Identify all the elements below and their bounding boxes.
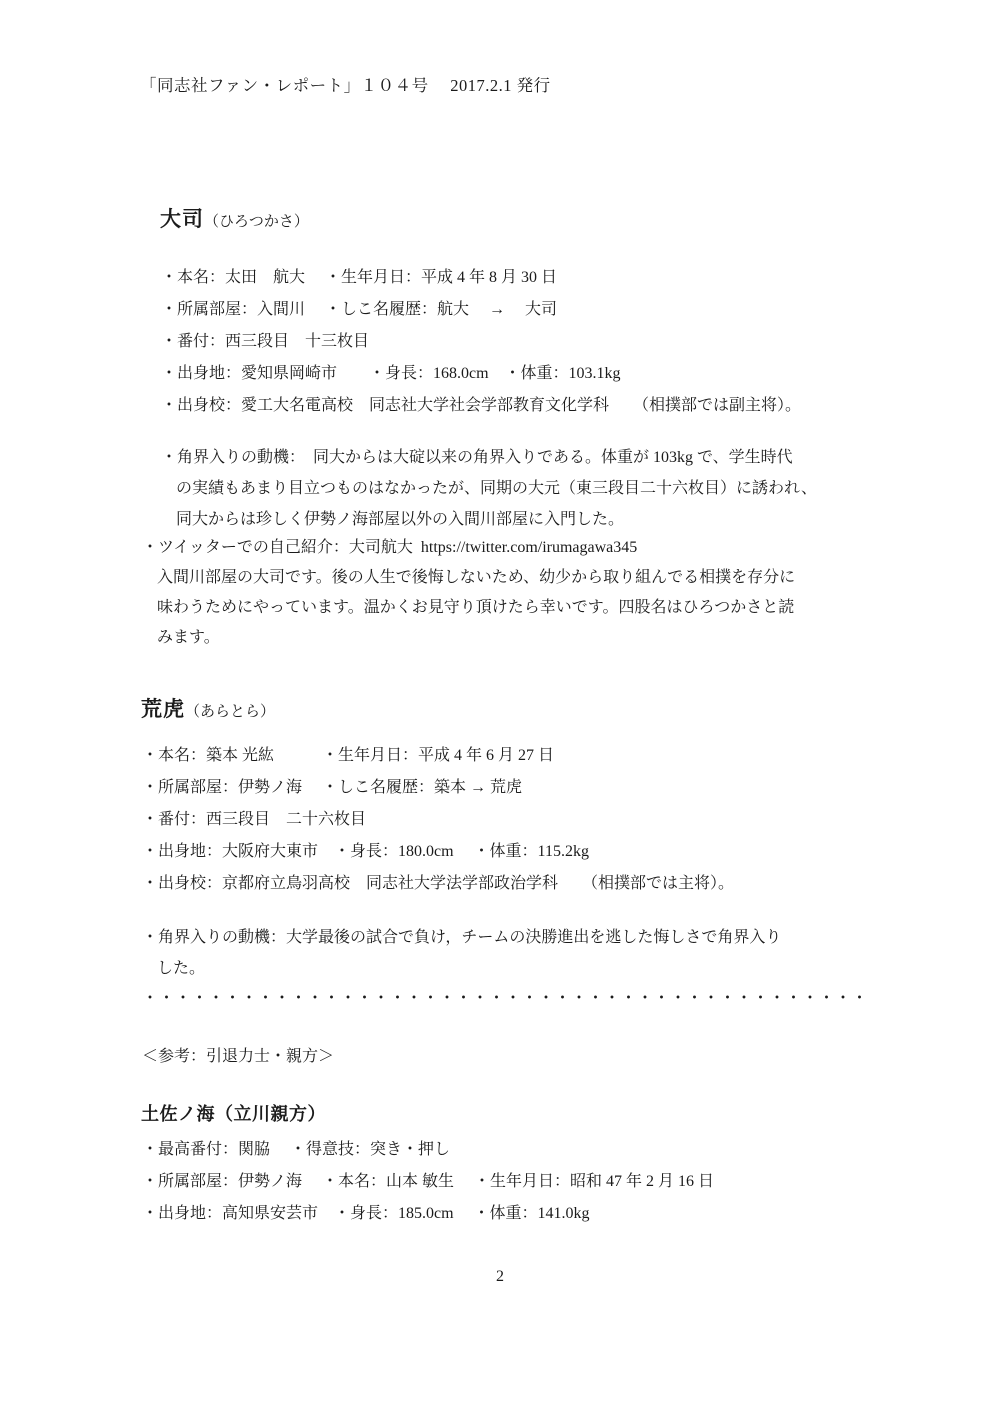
twitter-line: 入間川部屋の大司です。後の人生で後悔しないため、幼少から取り組んでる相撲を存分に: [142, 563, 795, 593]
twitter-intro-paragraph: ・ツイッターでの自己紹介：大司航大 https://twitter.com/ir…: [142, 533, 795, 653]
twitter-line: みます。: [142, 623, 795, 653]
profile-line: ・出身校：愛工大名電高校 同志社大学社会学部教育文化学科 （相撲部では副主将）。: [161, 390, 801, 422]
twitter-line: 味わうためにやっています。温かくお見守り頂けたら幸いです。四股名はひろつかさと読: [142, 593, 795, 623]
motive-paragraph-hirotsukasa: ・角界入りの動機： 同大からは大碇以来の角界入りである。体重が 103kg で、…: [161, 442, 817, 535]
motive-line: した。: [142, 953, 781, 984]
profile-line: ・最高番付：関脇 ・得意技：突き・押し: [142, 1134, 714, 1166]
wrestler-heading-tosanoumi: 土佐ノ海（立川親方）: [141, 1100, 326, 1126]
motive-line: ・角界入りの動機：大学最後の試合で負け，チームの決勝進出を逃した悔しさで角界入り: [142, 922, 781, 953]
motive-line: 同大からは珍しく伊勢ノ海部屋以外の入間川部屋に入門した。: [161, 504, 817, 535]
reference-section-heading: ＜参考：引退力士・親方＞: [142, 1043, 334, 1066]
wrestler-reading: （ひろつかさ）: [204, 214, 309, 230]
profile-line: ・出身地：愛知県岡崎市 ・身長：168.0cm ・体重：103.1kg: [161, 358, 801, 390]
profile-line: ・本名：太田 航大 ・生年月日：平成 4 年 8 月 30 日: [161, 262, 801, 294]
wrestler-reading: （あらとら）: [185, 704, 275, 720]
profile-line: ・出身地：大阪府大東市 ・身長：180.0cm ・体重：115.2kg: [142, 836, 734, 868]
profile-line: ・所属部屋：入間川 ・しこ名履歴：航大 → 大司: [161, 294, 801, 326]
wrestler-name: 大司: [160, 207, 204, 231]
profile-list-tosanoumi: ・最高番付：関脇 ・得意技：突き・押し ・所属部屋：伊勢ノ海 ・本名：山本 敏生…: [142, 1134, 714, 1230]
wrestler-name: 荒虎: [141, 697, 185, 721]
dotted-separator: ・・・・・・・・・・・・・・・・・・・・・・・・・・・・・・・・・・・・・・・・…: [142, 985, 868, 1008]
twitter-line: ・ツイッターでの自己紹介：大司航大 https://twitter.com/ir…: [142, 533, 795, 563]
profile-line: ・出身校：京都府立鳥羽高校 同志社大学法学部政治学科 （相撲部では主将）。: [142, 868, 734, 900]
profile-line: ・所属部屋：伊勢ノ海 ・しこ名履歴：築本 → 荒虎: [142, 772, 734, 804]
profile-list-aratora: ・本名：築本 光紘 ・生年月日：平成 4 年 6 月 27 日 ・所属部屋：伊勢…: [142, 740, 734, 900]
motive-line: ・角界入りの動機： 同大からは大碇以来の角界入りである。体重が 103kg で、…: [161, 442, 817, 473]
profile-line: ・本名：築本 光紘 ・生年月日：平成 4 年 6 月 27 日: [142, 740, 734, 772]
document-page: { "header": { "title": "「同志社ファン・レポート」１０４…: [0, 0, 1000, 1415]
page-number: 2: [0, 1268, 1000, 1286]
newsletter-header: 「同志社ファン・レポート」１０４号 2017.2.1 発行: [140, 70, 551, 102]
wrestler-heading-hirotsukasa: 大司（ひろつかさ）: [160, 203, 309, 233]
motive-line: の実績もあまり目立つものはなかったが、同期の大元（東三段目二十六枚目）に誘われ、: [161, 473, 817, 504]
profile-list-hirotsukasa: ・本名：太田 航大 ・生年月日：平成 4 年 8 月 30 日 ・所属部屋：入間…: [161, 262, 801, 422]
profile-line: ・所属部屋：伊勢ノ海 ・本名：山本 敏生 ・生年月日：昭和 47 年 2 月 1…: [142, 1166, 714, 1198]
profile-line: ・出身地：高知県安芸市 ・身長：185.0cm ・体重：141.0kg: [142, 1198, 714, 1230]
profile-line: ・番付：西三段目 十三枚目: [161, 326, 801, 358]
profile-line: ・番付：西三段目 二十六枚目: [142, 804, 734, 836]
wrestler-heading-aratora: 荒虎（あらとら）: [141, 693, 275, 723]
motive-paragraph-aratora: ・角界入りの動機：大学最後の試合で負け，チームの決勝進出を逃した悔しさで角界入り…: [142, 922, 781, 984]
